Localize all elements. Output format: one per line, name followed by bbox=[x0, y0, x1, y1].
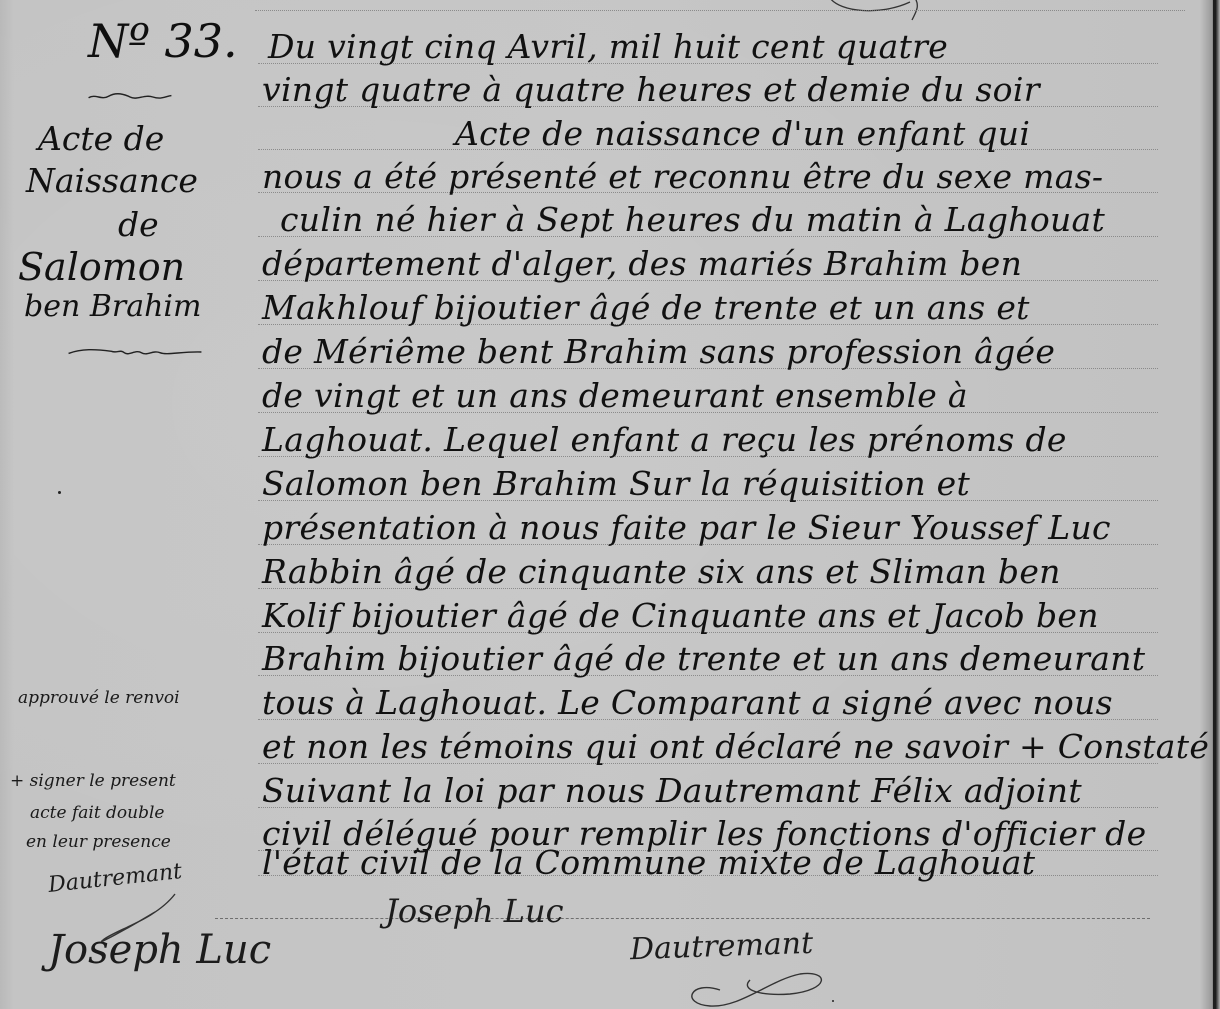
margin-title-line: Acte de bbox=[38, 122, 164, 155]
record-line: nous a été présenté et reconnu être du s… bbox=[262, 160, 1103, 193]
record-line: Kolif bijoutier âgé de Cinquante ans et … bbox=[262, 599, 1099, 632]
signature-joseph-luc-margin: Joseph Luc bbox=[48, 930, 271, 970]
margin-title-line: Naissance bbox=[26, 164, 198, 197]
record-line: de vingt et un ans demeurant ensemble à bbox=[262, 379, 968, 412]
record-line: Rabbin âgé de cinquante six ans et Slima… bbox=[262, 555, 1061, 588]
record-line: tous à Laghouat. Le Comparant a signé av… bbox=[262, 686, 1113, 719]
margin-note: acte fait double bbox=[30, 805, 165, 822]
record-line: Acte de naissance d'un enfant qui bbox=[455, 117, 1030, 150]
record-line: présentation à nous faite par le Sieur Y… bbox=[262, 511, 1111, 544]
margin-note: + signer le present bbox=[10, 773, 176, 790]
margin-note: en leur presence bbox=[26, 834, 171, 851]
margin-squiggle-top bbox=[70, 92, 190, 102]
record-line: culin né hier à Sept heures du matin à L… bbox=[280, 203, 1105, 236]
record-line: Laghouat. Lequel enfant a reçu les préno… bbox=[262, 423, 1067, 456]
page-right-border bbox=[1213, 0, 1216, 1009]
record-line: Brahim bijoutier âgé de trente et un ans… bbox=[262, 642, 1145, 675]
record-line: vingt quatre à quatre heures et demie du… bbox=[262, 73, 1040, 106]
signature-rule bbox=[215, 918, 1150, 919]
record-line: Du vingt cinq Avril, mil huit cent quatr… bbox=[268, 30, 948, 63]
paper-speck bbox=[832, 1000, 834, 1002]
record-line: Suivant la loi par nous Dautremant Félix… bbox=[262, 774, 1082, 807]
record-line: l'état civil de la Commune mixte de Lagh… bbox=[262, 846, 1035, 879]
act-number: Nº 33. bbox=[88, 18, 238, 64]
top-rule bbox=[255, 10, 1185, 11]
margin-title-line: Salomon bbox=[18, 248, 185, 286]
top-flourish-mark bbox=[820, 0, 960, 28]
margin-title-line: ben Brahim bbox=[24, 292, 201, 322]
civil-record-page: Nº 33. Acte de Naissance de Salomon ben … bbox=[0, 0, 1220, 1009]
record-line: de Mériême bent Brahim sans profession â… bbox=[262, 335, 1055, 368]
record-line: Makhlouf bijoutier âgé de trente et un a… bbox=[262, 291, 1030, 324]
margin-title-line: de bbox=[118, 208, 159, 241]
signature-joseph-luc-center: Joseph Luc bbox=[385, 895, 564, 927]
margin-squiggle-bottom bbox=[40, 347, 230, 357]
record-line: et non les témoins qui ont déclaré ne sa… bbox=[262, 730, 1209, 763]
record-line: département d'alger, des mariés Brahim b… bbox=[262, 247, 1022, 280]
signature-flourish-officer bbox=[680, 960, 840, 1008]
record-line: Salomon ben Brahim Sur la réquisition et bbox=[262, 467, 970, 500]
paper-speck bbox=[58, 491, 61, 494]
margin-note: approuvé le renvoi bbox=[18, 690, 180, 707]
